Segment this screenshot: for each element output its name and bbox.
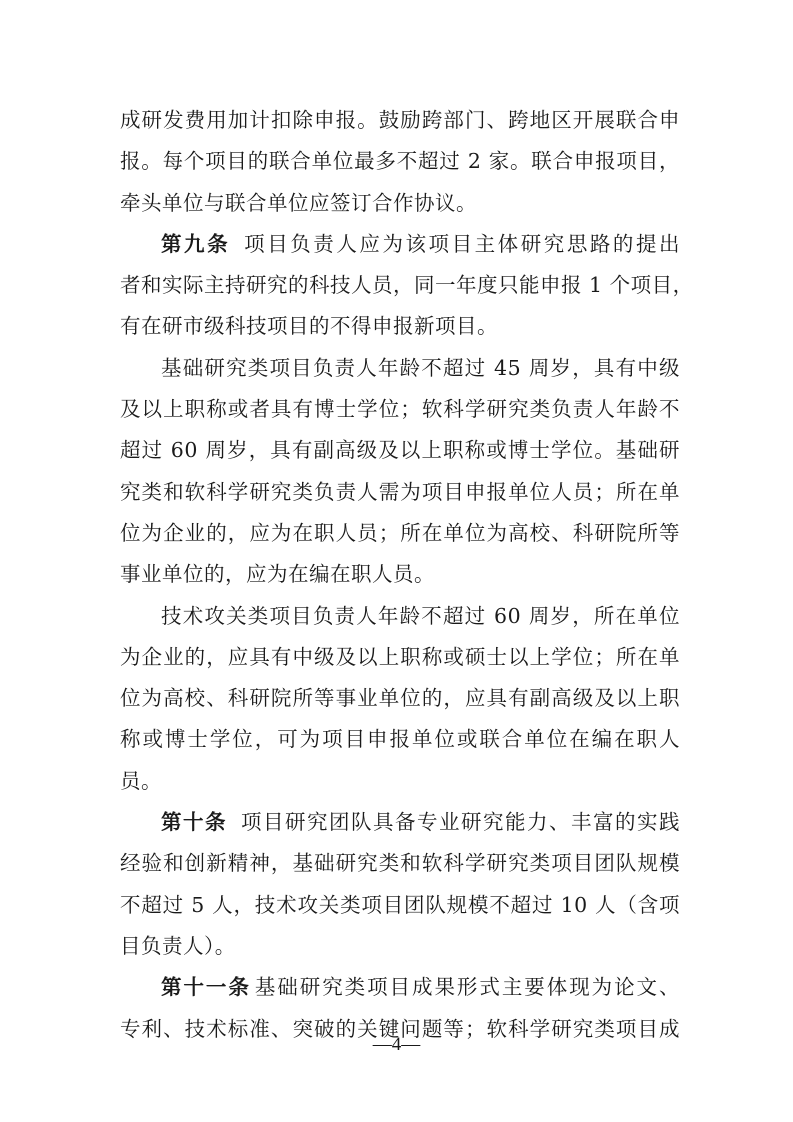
article-heading: 第十条 (161, 810, 227, 834)
paragraph-line: 员。 (120, 761, 680, 802)
page-number: —4— (0, 1034, 793, 1056)
article-9-line: 第九条项目负责人应为该项目主体研究思路的提出 (120, 224, 680, 265)
paragraph-line: 基础研究类项目负责人年龄不超过 45 周岁，具有中级 (120, 348, 680, 389)
article-text: 项目研究团队具备专业研究能力、丰富的实践 (241, 810, 680, 834)
paragraph-line: 者和实际主持研究的科技人员，同一年度只能申报 1 个项目， (120, 265, 680, 306)
paragraph-line: 位为高校、科研院所等事业单位的，应具有副高级及以上职 (120, 678, 680, 719)
paragraph-line: 技术攻关类项目负责人年龄不超过 60 周岁，所在单位 (120, 596, 680, 637)
article-heading: 第十一条 (161, 975, 251, 999)
article-heading: 第九条 (161, 232, 230, 256)
paragraph-line: 报。每个项目的联合单位最多不超过 2 家。联合申报项目， (120, 141, 680, 182)
paragraph-line: 事业单位的，应为在编在职人员。 (120, 554, 680, 595)
document-page: 成研发费用加计扣除申报。鼓励跨部门、跨地区开展联合申 报。每个项目的联合单位最多… (120, 100, 680, 1050)
paragraph-line: 经验和创新精神，基础研究类和软科学研究类项目团队规模 (120, 843, 680, 884)
article-11-line: 第十一条基础研究类项目成果形式主要体现为论文、 (120, 967, 680, 1008)
paragraph-line: 称或博士学位，可为项目申报单位或联合单位在编在职人 (120, 719, 680, 760)
paragraph-line: 及以上职称或者具有博士学位；软科学研究类负责人年龄不 (120, 389, 680, 430)
paragraph-line: 位为企业的，应为在职人员；所在单位为高校、科研院所等 (120, 513, 680, 554)
paragraph-line: 目负责人）。 (120, 926, 680, 967)
paragraph-line: 成研发费用加计扣除申报。鼓励跨部门、跨地区开展联合申 (120, 100, 680, 141)
article-text: 基础研究类项目成果形式主要体现为论文、 (255, 975, 680, 999)
article-text: 项目负责人应为该项目主体研究思路的提出 (244, 232, 680, 256)
paragraph-line: 为企业的，应具有中级及以上职称或硕士以上学位；所在单 (120, 637, 680, 678)
paragraph-line: 有在研市级科技项目的不得申报新项目。 (120, 306, 680, 347)
paragraph-line: 究类和软科学研究类负责人需为项目申报单位人员；所在单 (120, 472, 680, 513)
article-10-line: 第十条项目研究团队具备专业研究能力、丰富的实践 (120, 802, 680, 843)
paragraph-line: 不超过 5 人，技术攻关类项目团队规模不超过 10 人（含项 (120, 885, 680, 926)
paragraph-line: 超过 60 周岁，具有副高级及以上职称或博士学位。基础研 (120, 430, 680, 471)
paragraph-line: 牵头单位与联合单位应签订合作协议。 (120, 183, 680, 224)
